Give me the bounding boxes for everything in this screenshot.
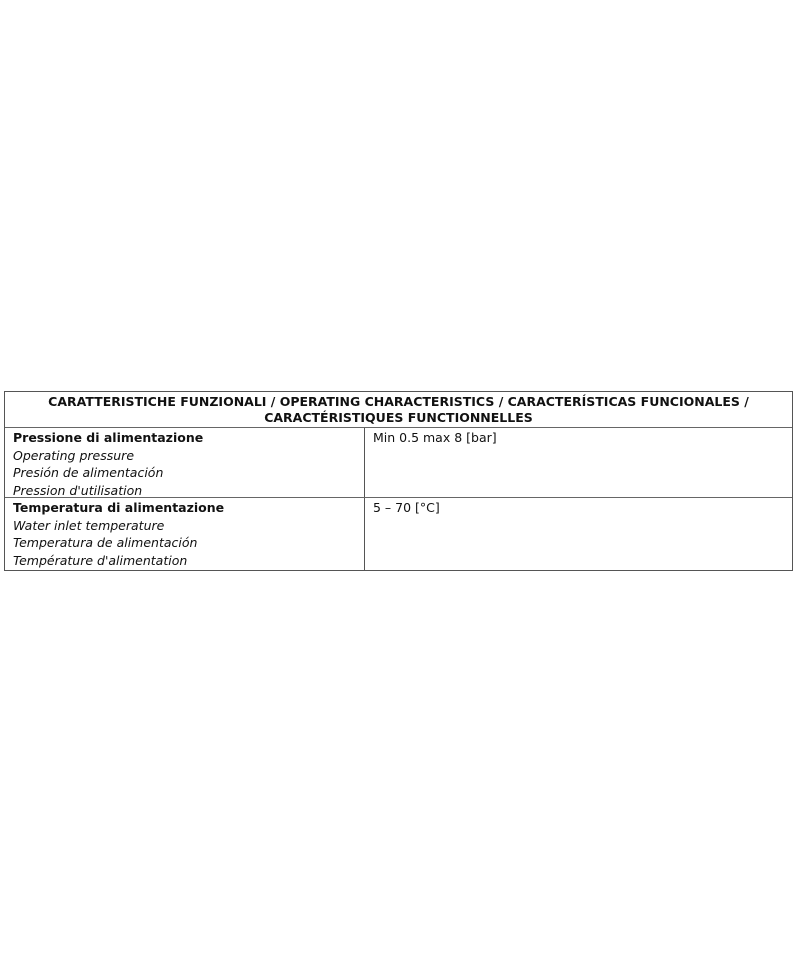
label-cell: Pressione di alimentazione Operating pre… [5,428,365,497]
row-translation-en: Water inlet temperature [13,517,364,535]
operating-characteristics-table: CARATTERISTICHE FUNZIONALI / OPERATING C… [4,391,793,571]
table-header: CARATTERISTICHE FUNZIONALI / OPERATING C… [5,392,792,428]
row-translation-fr: Température d'alimentation [13,552,364,570]
row-translation-es: Presión de alimentación [13,464,364,482]
table-row: Temperatura di alimentazione Water inlet… [5,498,792,570]
row-translation-es: Temperatura de alimentación [13,534,364,552]
header-line-2: CARACTÉRISTIQUES FUNCTIONNELLES [5,410,792,426]
table-row: Pressione di alimentazione Operating pre… [5,428,792,498]
value-cell: Min 0.5 max 8 [bar] [365,428,792,497]
header-line-1: CARATTERISTICHE FUNZIONALI / OPERATING C… [5,394,792,410]
label-cell: Temperatura di alimentazione Water inlet… [5,498,365,570]
row-title: Temperatura di alimentazione [13,499,364,517]
value-cell: 5 – 70 [°C] [365,498,792,570]
row-translation-fr: Pression d'utilisation [13,482,364,500]
row-translation-en: Operating pressure [13,447,364,465]
row-title: Pressione di alimentazione [13,429,364,447]
